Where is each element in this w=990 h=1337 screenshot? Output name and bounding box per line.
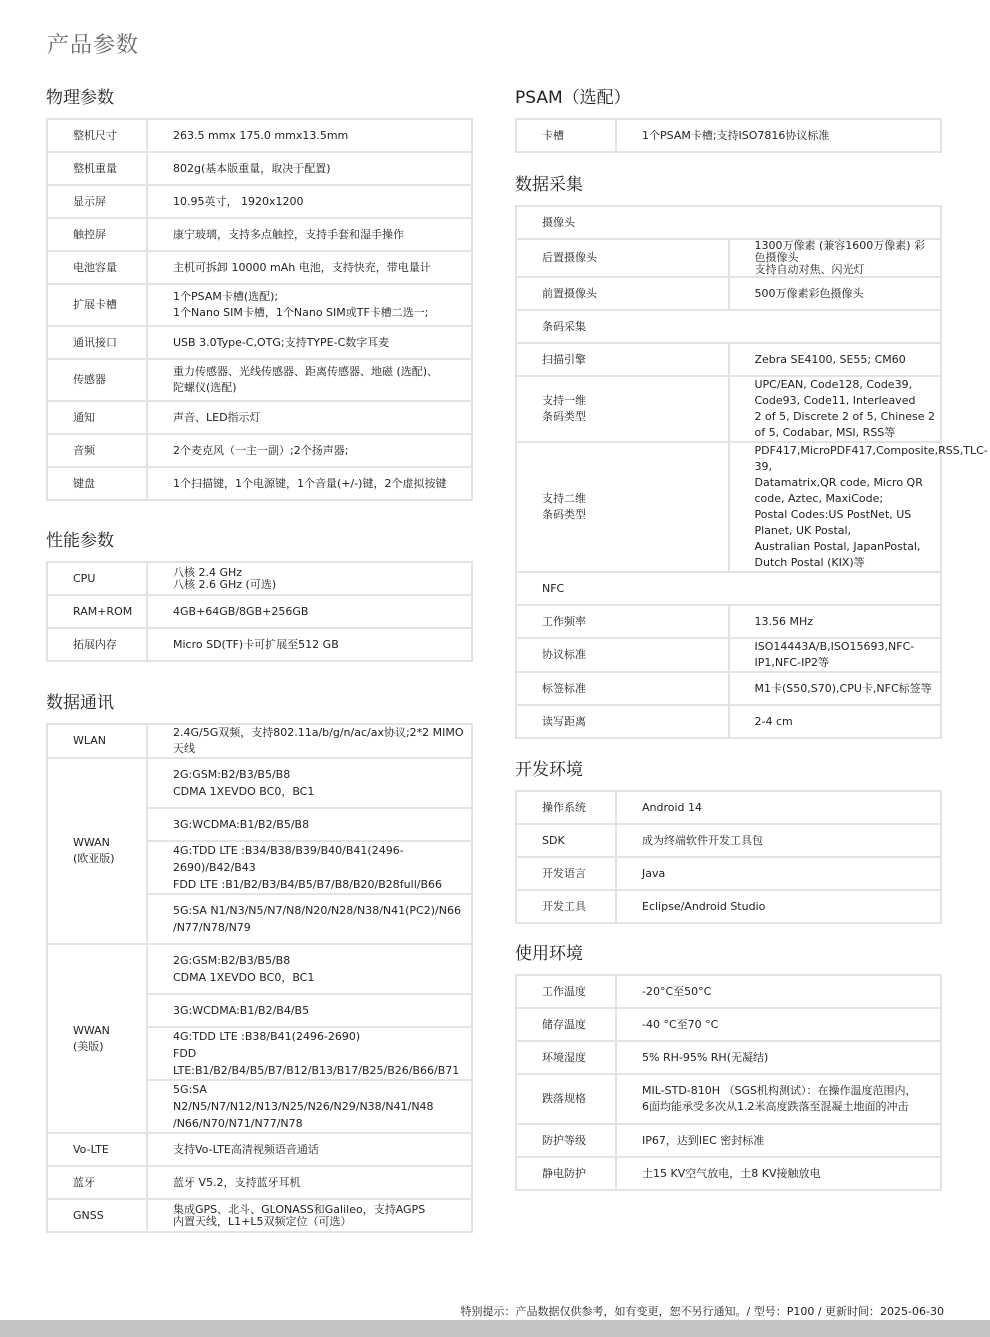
- env-spec-table: 工作温度-20°C至50°C储存温度-40 °C至70 °C环境湿度5% RH-…: [515, 974, 942, 1191]
- section-title-physical: 物理参数: [46, 86, 473, 110]
- table-row-header: NFC: [516, 572, 941, 605]
- table-row: Vo-LTE 支持Vo-LTE高清视频语音通话: [47, 1133, 472, 1166]
- spec-value: USB 3.0Type-C,OTG;支持TYPE-C数字耳麦: [147, 326, 472, 359]
- spec-value: 3G:WCDMA:B1/B2/B5/B8: [147, 808, 472, 841]
- nfc-subheader: NFC: [516, 572, 941, 605]
- spec-value: 主机可拆卸 10000 mAh 电池，支持快充，带电量计: [147, 251, 472, 284]
- table-row: 跌落规格MIL-STD-810H （SGS机构测试）：在操作温度范围内，6面均能…: [516, 1074, 941, 1124]
- table-row: 工作温度-20°C至50°C: [516, 975, 941, 1008]
- spec-value: Eclipse/Android Studio: [616, 890, 941, 923]
- table-row: 卡槽1个PSAM卡槽;支持ISO7816协议标准: [516, 119, 941, 152]
- spec-key: 工作温度: [516, 975, 616, 1008]
- spec-value: 康宁玻璃，支持多点触控，支持手套和湿手操作: [147, 218, 472, 251]
- table-row: 键盘1个扫描键，1个电源键，1个音量(+/-)键，2个虚拟按键: [47, 467, 472, 500]
- spec-key: 整机尺寸: [47, 119, 147, 152]
- table-row: 扩展卡槽1个PSAM卡槽(选配);1个Nano SIM卡槽，1个Nano SIM…: [47, 284, 472, 326]
- spec-value: PDF417,MicroPDF417,Composite,RSS,TLC-39,…: [729, 442, 942, 572]
- spec-key: 通讯接口: [47, 326, 147, 359]
- spec-value: 集成GPS、北斗、GLONASS和Galileo，支持AGPS 内置天线，L1+…: [147, 1199, 472, 1232]
- table-row: 触控屏康宁玻璃，支持多点触控，支持手套和湿手操作: [47, 218, 472, 251]
- spec-value: 263.5 mmx 175.0 mmx13.5mm: [147, 119, 472, 152]
- section-title-capture: 数据采集: [515, 173, 942, 197]
- spec-value: 4G:TDD LTE :B34/B38/B39/B40/B41(2496-269…: [147, 841, 472, 894]
- table-row: 协议标准ISO14443A/B,ISO15693,NFC-IP1,NFC-IP2…: [516, 638, 941, 672]
- section-title-env: 使用环境: [515, 942, 942, 966]
- spec-key: 后置摄像头: [516, 239, 729, 277]
- spec-value: 土15 KV空气放电，土8 KV接触放电: [616, 1157, 941, 1190]
- spec-value: 802g(基本版重量，取决于配置): [147, 152, 472, 185]
- table-row: RAM+ROM4GB+64GB/8GB+256GB: [47, 595, 472, 628]
- psam-spec-table: 卡槽1个PSAM卡槽;支持ISO7816协议标准: [515, 118, 942, 153]
- spec-key: 显示屏: [47, 185, 147, 218]
- table-row: WLAN 2.4G/5G双频，支持802.11a/b/g/n/ac/ax协议;2…: [47, 724, 472, 758]
- table-row: 操作系统Android 14: [516, 791, 941, 824]
- dev-spec-table: 操作系统Android 14SDK成为终端软件开发工具包开发语言Java开发工具…: [515, 790, 942, 924]
- table-row: 开发工具Eclipse/Android Studio: [516, 890, 941, 923]
- spec-key: 电池容量: [47, 251, 147, 284]
- spec-value: Android 14: [616, 791, 941, 824]
- table-row: 支持一维条码类型UPC/EAN, Code128, Code39, Code93…: [516, 376, 941, 442]
- spec-value: 10.95英寸， 1920x1200: [147, 185, 472, 218]
- table-row: 传感器重力传感器、光线传感器、距离传感器、地磁 (选配)、陀螺仪(选配): [47, 359, 472, 401]
- table-row: 整机重量802g(基本版重量，取决于配置): [47, 152, 472, 185]
- spec-key: 键盘: [47, 467, 147, 500]
- table-row: 读写距离2-4 cm: [516, 705, 941, 738]
- spec-key: 扩展卡槽: [47, 284, 147, 326]
- spec-key: 前置摄像头: [516, 277, 729, 310]
- spec-key: 支持一维条码类型: [516, 376, 729, 442]
- table-row: 拓展内存Micro SD(TF)卡可扩展至512 GB: [47, 628, 472, 661]
- table-row: CPU八核 2.4 GHz八核 2.6 GHz (可选): [47, 562, 472, 595]
- page-title: 产品参数: [47, 28, 139, 59]
- spec-key: 读写距离: [516, 705, 729, 738]
- spec-key: Vo-LTE: [47, 1133, 147, 1166]
- physical-spec-table: 整机尺寸263.5 mmx 175.0 mmx13.5mm整机重量802g(基本…: [46, 118, 473, 501]
- bottom-bar: [0, 1320, 990, 1337]
- table-row: 工作频率13.56 MHz: [516, 605, 941, 638]
- spec-key: 扫描引擎: [516, 343, 729, 376]
- capture-spec-table: 摄像头 后置摄像头1300万像素 (兼容1600万像素) 彩色摄像头支持自动对焦…: [515, 205, 942, 739]
- spec-key: 环境湿度: [516, 1041, 616, 1074]
- spec-key: WLAN: [47, 724, 147, 758]
- spec-value: Zebra SE4100, SE55; CM60: [729, 343, 942, 376]
- spec-key: 蓝牙: [47, 1166, 147, 1199]
- spec-key: RAM+ROM: [47, 595, 147, 628]
- table-row: 环境湿度5% RH-95% RH(无凝结): [516, 1041, 941, 1074]
- comms-spec-table: WLAN 2.4G/5G双频，支持802.11a/b/g/n/ac/ax协议;2…: [46, 723, 473, 1233]
- spec-value: Java: [616, 857, 941, 890]
- table-row: 通讯接口USB 3.0Type-C,OTG;支持TYPE-C数字耳麦: [47, 326, 472, 359]
- spec-value: 4GB+64GB/8GB+256GB: [147, 595, 472, 628]
- table-row: 储存温度-40 °C至70 °C: [516, 1008, 941, 1041]
- spec-value: 2个麦克风（一主一副）;2个扬声器;: [147, 434, 472, 467]
- spec-key: 防护等级: [516, 1124, 616, 1157]
- spec-value: 2.4G/5G双频，支持802.11a/b/g/n/ac/ax协议;2*2 MI…: [147, 724, 472, 758]
- spec-value: 成为终端软件开发工具包: [616, 824, 941, 857]
- spec-value: 5G:SA N1/N3/N5/N7/N8/N20/N28/N38/N41(PC2…: [147, 894, 472, 944]
- table-row: 静电防护土15 KV空气放电，土8 KV接触放电: [516, 1157, 941, 1190]
- spec-key: SDK: [516, 824, 616, 857]
- right-column: PSAM（选配） 卡槽1个PSAM卡槽;支持ISO7816协议标准 数据采集 摄…: [515, 86, 942, 1191]
- section-title-psam: PSAM（选配）: [515, 86, 942, 110]
- table-row: 标签标准M1卡(S50,S70),CPU卡,NFC标签等: [516, 672, 941, 705]
- section-title-dev: 开发环境: [515, 758, 942, 782]
- barcode-subheader: 条码采集: [516, 310, 941, 343]
- spec-key: WWAN(美版): [47, 944, 147, 1133]
- spec-value: 2G:GSM:B2/B3/B5/B8CDMA 1XEVDO BC0，BC1: [147, 758, 472, 808]
- table-row: WWAN(美版)2G:GSM:B2/B3/B5/B8CDMA 1XEVDO BC…: [47, 944, 472, 994]
- table-row: 电池容量主机可拆卸 10000 mAh 电池，支持快充，带电量计: [47, 251, 472, 284]
- spec-key: GNSS: [47, 1199, 147, 1232]
- spec-value: ISO14443A/B,ISO15693,NFC-IP1,NFC-IP2等: [729, 638, 942, 672]
- spec-value: 4G:TDD LTE :B38/B41(2496-2690)FDD LTE:B1…: [147, 1027, 472, 1080]
- spec-value: 1个PSAM卡槽(选配);1个Nano SIM卡槽，1个Nano SIM或TF卡…: [147, 284, 472, 326]
- spec-key: 标签标准: [516, 672, 729, 705]
- spec-value: UPC/EAN, Code128, Code39, Code93, Code11…: [729, 376, 942, 442]
- section-title-performance: 性能参数: [46, 529, 473, 553]
- table-row: 整机尺寸263.5 mmx 175.0 mmx13.5mm: [47, 119, 472, 152]
- spec-key: 跌落规格: [516, 1074, 616, 1124]
- camera-subheader: 摄像头: [516, 206, 941, 239]
- spec-key: 操作系统: [516, 791, 616, 824]
- spec-key: 拓展内存: [47, 628, 147, 661]
- spec-key: 传感器: [47, 359, 147, 401]
- table-row-header: 条码采集: [516, 310, 941, 343]
- spec-key: 开发工具: [516, 890, 616, 923]
- table-row: 开发语言Java: [516, 857, 941, 890]
- spec-value: 1300万像素 (兼容1600万像素) 彩色摄像头支持自动对焦、闪光灯: [729, 239, 942, 277]
- spec-value: 1个扫描键，1个电源键，1个音量(+/-)键，2个虚拟按键: [147, 467, 472, 500]
- spec-value: 5G:SA N2/N5/N7/N12/N13/N25/N26/N29/N38/N…: [147, 1080, 472, 1133]
- left-column: 物理参数 整机尺寸263.5 mmx 175.0 mmx13.5mm整机重量80…: [46, 86, 473, 1233]
- table-row: 后置摄像头1300万像素 (兼容1600万像素) 彩色摄像头支持自动对焦、闪光灯: [516, 239, 941, 277]
- spec-key: 整机重量: [47, 152, 147, 185]
- spec-value: 2G:GSM:B2/B3/B5/B8CDMA 1XEVDO BC0，BC1: [147, 944, 472, 994]
- spec-value: 声音、LED指示灯: [147, 401, 472, 434]
- section-title-comms: 数据通讯: [46, 691, 473, 715]
- spec-key: 支持二维条码类型: [516, 442, 729, 572]
- spec-key: 开发语言: [516, 857, 616, 890]
- spec-key: 协议标准: [516, 638, 729, 672]
- spec-value: MIL-STD-810H （SGS机构测试）：在操作温度范围内，6面均能承受多次…: [616, 1074, 941, 1124]
- spec-key: 储存温度: [516, 1008, 616, 1041]
- spec-key: WWAN(欧亚版): [47, 758, 147, 944]
- spec-key: 音频: [47, 434, 147, 467]
- table-row: GNSS 集成GPS、北斗、GLONASS和Galileo，支持AGPS 内置天…: [47, 1199, 472, 1232]
- spec-key: 通知: [47, 401, 147, 434]
- table-row: 支持二维条码类型PDF417,MicroPDF417,Composite,RSS…: [516, 442, 941, 572]
- footer-note: 特别提示：产品数据仅供参考，如有变更，恕不另行通知。/ 型号：P100 / 更新…: [461, 1303, 944, 1319]
- spec-key: 卡槽: [516, 119, 616, 152]
- spec-value: 5% RH-95% RH(无凝结): [616, 1041, 941, 1074]
- table-row: 防护等级IP67，达到IEC 密封标准: [516, 1124, 941, 1157]
- table-row: 显示屏10.95英寸， 1920x1200: [47, 185, 472, 218]
- spec-value: 蓝牙 V5.2，支持蓝牙耳机: [147, 1166, 472, 1199]
- spec-key: 触控屏: [47, 218, 147, 251]
- spec-key: 工作频率: [516, 605, 729, 638]
- table-row: WWAN(欧亚版)2G:GSM:B2/B3/B5/B8CDMA 1XEVDO B…: [47, 758, 472, 808]
- spec-value: M1卡(S50,S70),CPU卡,NFC标签等: [729, 672, 942, 705]
- table-row: 扫描引擎Zebra SE4100, SE55; CM60: [516, 343, 941, 376]
- spec-value: -40 °C至70 °C: [616, 1008, 941, 1041]
- spec-value: 支持Vo-LTE高清视频语音通话: [147, 1133, 472, 1166]
- table-row: 通知声音、LED指示灯: [47, 401, 472, 434]
- table-row: 蓝牙 蓝牙 V5.2，支持蓝牙耳机: [47, 1166, 472, 1199]
- performance-spec-table: CPU八核 2.4 GHz八核 2.6 GHz (可选)RAM+ROM4GB+6…: [46, 561, 473, 662]
- spec-value: 1个PSAM卡槽;支持ISO7816协议标准: [616, 119, 941, 152]
- spec-key: CPU: [47, 562, 147, 595]
- spec-value: IP67，达到IEC 密封标准: [616, 1124, 941, 1157]
- spec-value: 2-4 cm: [729, 705, 942, 738]
- table-row: SDK成为终端软件开发工具包: [516, 824, 941, 857]
- spec-value: 3G:WCDMA:B1/B2/B4/B5: [147, 994, 472, 1027]
- table-row: 音频2个麦克风（一主一副）;2个扬声器;: [47, 434, 472, 467]
- spec-value: -20°C至50°C: [616, 975, 941, 1008]
- spec-value: 八核 2.4 GHz八核 2.6 GHz (可选): [147, 562, 472, 595]
- spec-value: 13.56 MHz: [729, 605, 942, 638]
- spec-value: Micro SD(TF)卡可扩展至512 GB: [147, 628, 472, 661]
- table-row: 前置摄像头500万像素彩色摄像头: [516, 277, 941, 310]
- spec-key: 静电防护: [516, 1157, 616, 1190]
- spec-value: 重力传感器、光线传感器、距离传感器、地磁 (选配)、陀螺仪(选配): [147, 359, 472, 401]
- spec-value: 500万像素彩色摄像头: [729, 277, 942, 310]
- table-row-header: 摄像头: [516, 206, 941, 239]
